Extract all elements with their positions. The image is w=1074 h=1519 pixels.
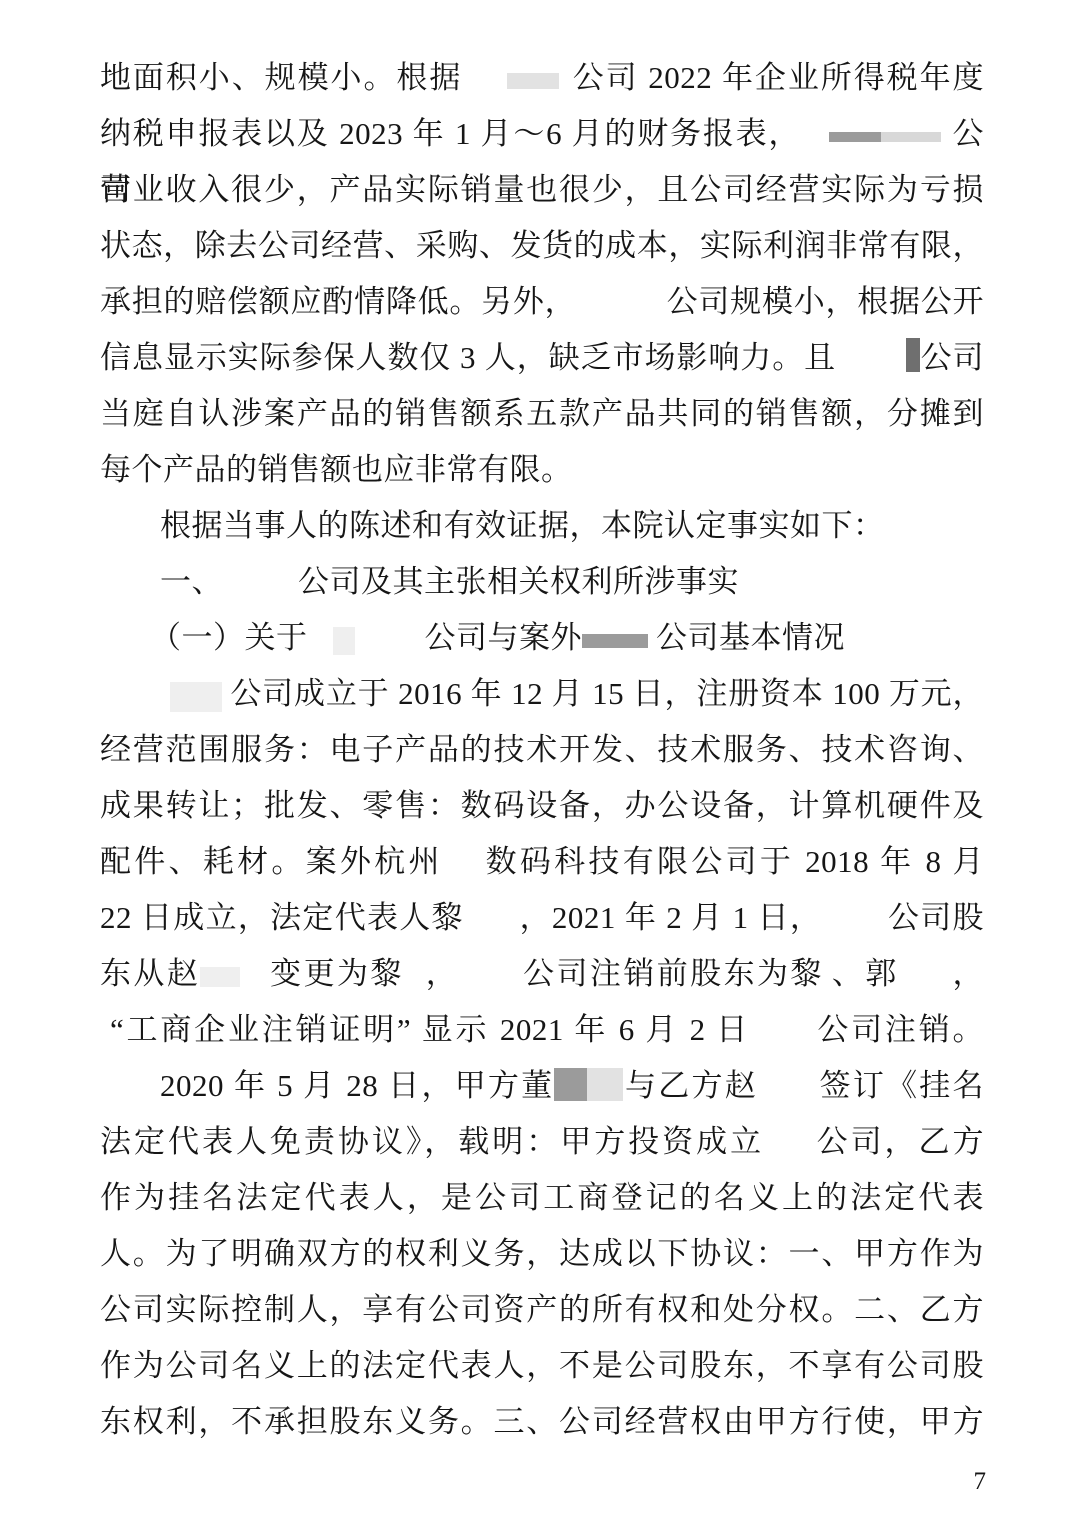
text-segment: 22 日成立，法定代表人黎 (100, 900, 464, 935)
text-line: 纳税申报表以及 2023 年 1 月～6 月的财务报表，公司 (100, 106, 984, 162)
text-line: 作为公司名义上的法定代表人，不是公司股东，不享有公司股 (100, 1338, 984, 1394)
redaction-gap (404, 983, 424, 984)
text-segment: 成果转让；批发、零售：数码设备，办公设备，计算机硬件及 (100, 788, 984, 823)
text-line: 当庭自认涉案产品的销售额系五款产品共同的销售额，分摊到 (100, 386, 984, 442)
text-segment: 公司基本情况 (656, 620, 845, 655)
redaction-block (333, 627, 355, 655)
text-segment: 公司，乙方 (814, 1124, 984, 1159)
text-segment: 一、 (160, 564, 223, 599)
redaction-gap (836, 367, 906, 368)
redaction-block (582, 634, 648, 648)
text-line: 经营范围服务：电子产品的技术开发、技术服务、技术咨询、 (100, 722, 984, 778)
redaction-gap (822, 927, 887, 928)
scanned-court-document: { "page": { "number": "7", "background":… (0, 0, 1074, 1519)
text-segment: 公司 (920, 340, 984, 375)
text-segment: 公司及其主张相关权利所涉事实 (298, 564, 739, 599)
redaction-gap (240, 983, 268, 984)
text-segment: “工商企业注销证明” 显示 2021 年 6 月 2 日 (110, 1012, 750, 1047)
text-segment: 公司注销前股东为黎 (521, 956, 824, 991)
text-segment: 公司注销。 (815, 1012, 984, 1047)
text-segment: 经营范围服务：电子产品的技术开发、技术服务、技术咨询、 (100, 732, 984, 767)
text-line: 配件、耗材。案外杭州数码科技有限公司于 2018 年 8 月 (100, 834, 984, 890)
redaction-gap (758, 1095, 818, 1096)
text-line: 信息显示实际参保人数仅 3 人，缺乏市场影响力。且公司 (100, 330, 984, 386)
text-line: （一）关于公司与案外公司基本情况 (100, 610, 984, 666)
redaction-gap (750, 1039, 815, 1040)
text-segment: 公司与案外 (425, 620, 583, 655)
text-segment: 2020 年 5 月 28 日，甲方董 (160, 1068, 554, 1103)
text-segment: ，2021 年 2 月 1 日， (519, 900, 822, 935)
text-line: 营业收入很少，产品实际销量也很少，且公司经营实际为亏损 (100, 162, 984, 218)
redaction-gap (462, 87, 507, 88)
text-line: 22 日成立，法定代表人黎，2021 年 2 月 1 日，公司股 (100, 890, 984, 946)
redaction-gap (459, 983, 521, 984)
text-line: 2020 年 5 月 28 日，甲方董与乙方赵签订《挂名 (100, 1058, 984, 1114)
redaction-gap (223, 591, 298, 592)
text-segment: 法定代表人免责协议》，载明：甲方投资成立 (100, 1124, 764, 1159)
text-segment: 东权利，不承担股东义务。三、公司经营权由甲方行使，甲方 (100, 1404, 984, 1439)
text-segment: 纳税申报表以及 2023 年 1 月～6 月的财务报表， (100, 116, 801, 151)
text-line: 每个产品的销售额也应非常有限。 (100, 442, 984, 498)
text-segment: 变更为黎 (268, 956, 404, 991)
text-segment: （一）关于 (150, 620, 308, 655)
redaction-block (200, 967, 240, 987)
text-segment: 每个产品的销售额也应非常有限。 (100, 452, 573, 487)
redaction-gap (443, 871, 483, 872)
text-segment: ， (951, 956, 984, 991)
text-segment: 配件、耗材。案外杭州 (100, 844, 443, 879)
text-line: 人。为了明确双方的权利义务，达成以下协议：一、甲方作为 (100, 1226, 984, 1282)
text-line: 地面积小、规模小。根据公司 2022 年企业所得税年度 (100, 50, 984, 106)
text-line: 东从赵变更为黎，公司注销前股东为黎、郭， (100, 946, 984, 1002)
text-segment: 状态，除去公司经营、采购、发货的成本，实际利润非常有限， (100, 228, 984, 263)
redaction-block (587, 1068, 623, 1101)
redaction-gap (801, 143, 829, 144)
text-segment: 公司规模小，根据公开 (666, 284, 984, 319)
redaction-block (906, 338, 920, 372)
text-segment: 公司成立于 2016 年 12 月 15 日，注册资本 100 万元， (230, 676, 984, 711)
redaction-gap (576, 311, 666, 312)
page-number: 7 (974, 1468, 987, 1496)
text-line: 作为挂名法定代表人，是公司工商登记的名义上的法定代表 (100, 1170, 984, 1226)
redaction-gap (648, 647, 656, 648)
redaction-block (829, 132, 881, 142)
redaction-block (170, 682, 222, 712)
text-segment: 作为挂名法定代表人，是公司工商登记的名义上的法定代表 (100, 1180, 984, 1215)
text-segment: 与乙方赵 (623, 1068, 758, 1103)
redaction-block (881, 132, 941, 142)
text-segment: 地面积小、规模小。根据 (100, 60, 462, 95)
redaction-gap (764, 1151, 814, 1152)
text-line: 根据当事人的陈述和有效证据，本院认定事实如下： (100, 498, 984, 554)
redaction-gap (941, 143, 951, 144)
redaction-gap (899, 983, 951, 984)
text-segment: 签订《挂名 (818, 1068, 984, 1103)
text-line: 东权利，不承担股东义务。三、公司经营权由甲方行使，甲方 (100, 1394, 984, 1450)
redaction-gap (308, 647, 333, 648)
text-segment: 根据当事人的陈述和有效证据，本院认定事实如下： (160, 508, 885, 543)
redaction-block (554, 1068, 587, 1101)
text-segment: 东从赵 (100, 956, 200, 991)
text-line: 状态，除去公司经营、采购、发货的成本，实际利润非常有限， (100, 218, 984, 274)
text-line: 公司成立于 2016 年 12 月 15 日，注册资本 100 万元， (100, 666, 984, 722)
text-segment: 人。为了明确双方的权利义务，达成以下协议：一、甲方作为 (100, 1236, 984, 1271)
text-segment: 当庭自认涉案产品的销售额系五款产品共同的销售额，分摊到 (100, 396, 984, 431)
text-segment: 营业收入很少，产品实际销量也很少，且公司经营实际为亏损 (100, 172, 984, 207)
text-segment: 作为公司名义上的法定代表人，不是公司股东，不享有公司股 (100, 1348, 984, 1383)
text-line: 法定代表人免责协议》，载明：甲方投资成立公司，乙方 (100, 1114, 984, 1170)
text-segment: 、郭 (830, 956, 899, 991)
redaction-gap (464, 927, 519, 928)
text-segment: 公司股 (887, 900, 984, 935)
redaction-gap (222, 703, 230, 704)
redaction-gap (355, 647, 425, 648)
text-segment: 承担的赔偿额应酌情降低。另外， (100, 284, 576, 319)
text-segment: 公司实际控制人，享有公司资产的所有权和处分权。二、乙方 (100, 1292, 984, 1327)
text-segment: 数码科技有限公司于 2018 年 8 月 (483, 844, 984, 879)
text-segment: 信息显示实际参保人数仅 3 人，缺乏市场影响力。且 (100, 340, 836, 375)
text-line: 公司实际控制人，享有公司资产的所有权和处分权。二、乙方 (100, 1282, 984, 1338)
text-segment: ， (424, 956, 459, 991)
text-line: 承担的赔偿额应酌情降低。另外，公司规模小，根据公开 (100, 274, 984, 330)
document-body: 地面积小、规模小。根据公司 2022 年企业所得税年度纳税申报表以及 2023 … (0, 0, 1074, 1450)
text-line: “工商企业注销证明” 显示 2021 年 6 月 2 日公司注销。 (100, 1002, 984, 1058)
text-line: 一、公司及其主张相关权利所涉事实 (100, 554, 984, 610)
text-segment: 公司 2022 年企业所得税年度 (571, 60, 984, 95)
text-line: 成果转让；批发、零售：数码设备，办公设备，计算机硬件及 (100, 778, 984, 834)
redaction-block (507, 73, 559, 89)
redaction-gap (559, 87, 571, 88)
